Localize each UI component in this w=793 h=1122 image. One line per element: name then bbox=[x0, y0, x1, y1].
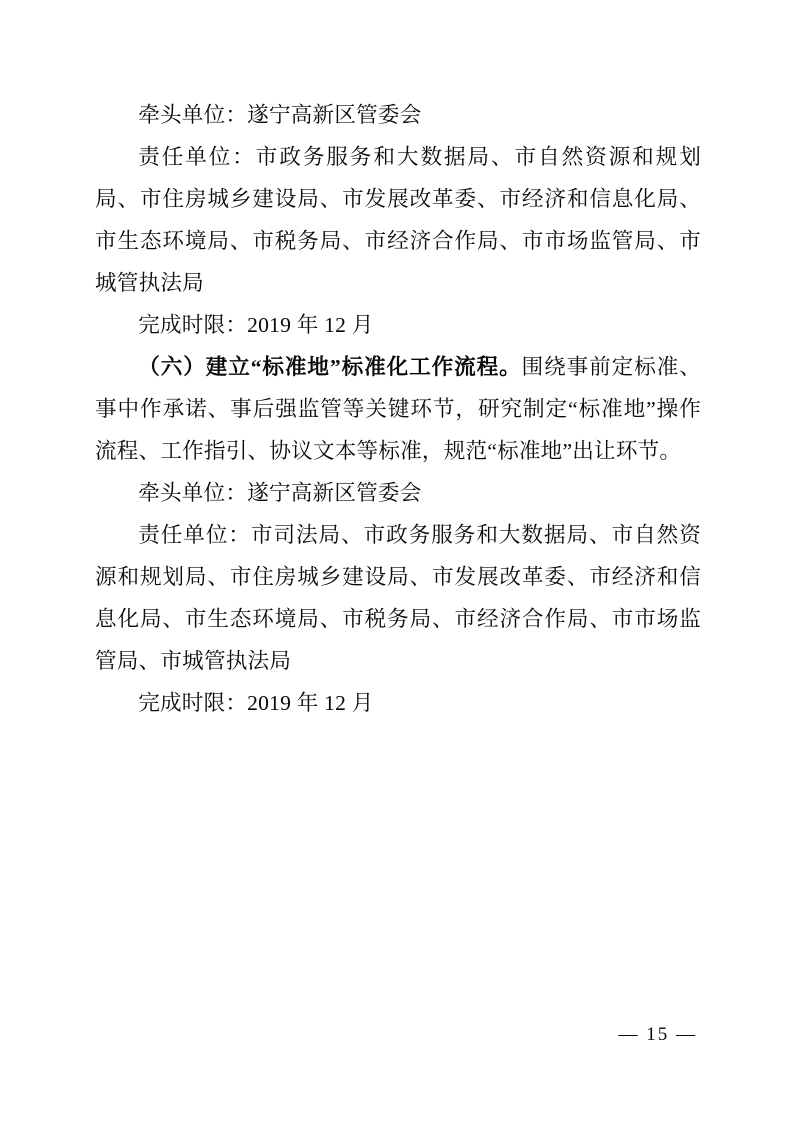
paragraph-deadline-1: 完成时限：2019 年 12 月 bbox=[95, 304, 701, 346]
page-number: — 15 — bbox=[619, 1023, 698, 1047]
document-page: 牵头单位：遂宁高新区管委会 责任单位：市政务服务和大数据局、市自然资源和规划局、… bbox=[0, 0, 793, 1122]
paragraph-responsible-units-2: 责任单位：市司法局、市政务服务和大数据局、市自然资源和规划局、市住房城乡建设局、… bbox=[95, 514, 701, 682]
paragraph-lead-unit-2: 牵头单位：遂宁高新区管委会 bbox=[95, 472, 701, 514]
document-body: 牵头单位：遂宁高新区管委会 责任单位：市政务服务和大数据局、市自然资源和规划局、… bbox=[95, 94, 701, 724]
paragraph-lead-unit-1: 牵头单位：遂宁高新区管委会 bbox=[95, 94, 701, 136]
section-six-heading: （六）建立“标准地”标准化工作流程。 bbox=[138, 355, 521, 379]
paragraph-section-six: （六）建立“标准地”标准化工作流程。围绕事前定标准、事中作承诺、事后强监管等关键… bbox=[95, 346, 701, 472]
paragraph-responsible-units-1: 责任单位：市政务服务和大数据局、市自然资源和规划局、市住房城乡建设局、市发展改革… bbox=[95, 136, 701, 304]
paragraph-deadline-2: 完成时限：2019 年 12 月 bbox=[95, 682, 701, 724]
